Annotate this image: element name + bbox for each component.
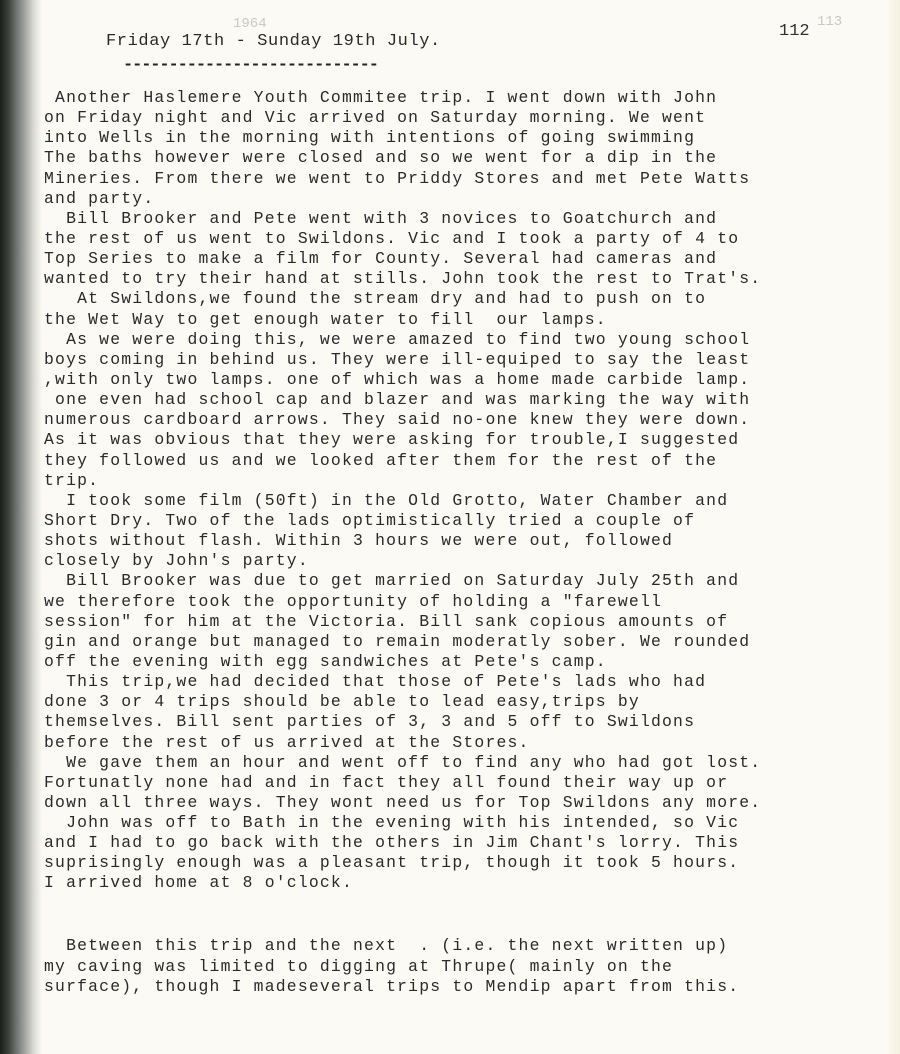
bleed-through-year: 1964 [233,16,267,32]
text-line: done 3 or 4 trips should be able to lead… [44,692,894,712]
page-number: 112 [779,22,810,41]
text-line: This trip,we had decided that those of P… [44,672,894,692]
text-line: I arrived home at 8 o'clock. [44,873,894,893]
text-line: and party. [44,189,894,209]
text-line: down all three ways. They wont need us f… [44,793,894,813]
text-line: Top Series to make a film for County. Se… [44,249,894,269]
text-line: one even had school cap and blazer and w… [44,390,894,410]
text-line: session" for him at the Victoria. Bill s… [44,612,894,632]
bleed-through-page-number: 113 [817,14,842,30]
scan-binding-shadow [0,0,42,1054]
text-line: surface), though I madeseveral trips to … [44,977,894,998]
text-line: Bill Brooker was due to get married on S… [44,571,894,591]
closing-paragraph: Between this trip and the next . (i.e. t… [44,936,894,998]
text-line: they followed us and we looked after the… [44,451,894,471]
heading-underline: ---------------------------- [123,56,378,75]
text-line: trip. [44,471,894,491]
text-line: gin and orange but managed to remain mod… [44,632,894,652]
text-line: John was off to Bath in the evening with… [44,813,894,833]
text-line: we therefore took the opportunity of hol… [44,592,894,612]
text-line: Mineries. From there we went to Priddy S… [44,169,894,189]
text-line: the rest of us went to Swildons. Vic and… [44,229,894,249]
text-line: my caving was limited to digging at Thru… [44,957,894,978]
text-line: before the rest of us arrived at the Sto… [44,733,894,753]
text-line: themselves. Bill sent parties of 3, 3 an… [44,712,894,732]
text-line: boys coming in behind us. They were ill-… [44,350,894,370]
text-line: on Friday night and Vic arrived on Satur… [44,108,894,128]
text-line: We gave them an hour and went off to fin… [44,753,894,773]
diary-body: Another Haslemere Youth Commitee trip. I… [44,88,894,894]
text-line: At Swildons,we found the stream dry and … [44,289,894,309]
text-line: The baths however were closed and so we … [44,148,894,168]
text-line: into Wells in the morning with intention… [44,128,894,148]
text-line: Between this trip and the next . (i.e. t… [44,936,894,957]
text-line: closely by John's party. [44,551,894,571]
text-line: Fortunatly none had and in fact they all… [44,773,894,793]
text-line: As it was obvious that they were asking … [44,430,894,450]
text-line: ,with only two lamps. one of which was a… [44,370,894,390]
text-line: I took some film (50ft) in the Old Grott… [44,491,894,511]
text-line: Short Dry. Two of the lads optimisticall… [44,511,894,531]
text-line: wanted to try their hand at stills. John… [44,269,894,289]
text-line: Bill Brooker and Pete went with 3 novice… [44,209,894,229]
text-line: off the evening with egg sandwiches at P… [44,652,894,672]
text-line: the Wet Way to get enough water to fill … [44,310,894,330]
text-line: and I had to go back with the others in … [44,833,894,853]
text-line: As we were doing this, we were amazed to… [44,330,894,350]
text-line: Another Haslemere Youth Commitee trip. I… [44,88,894,108]
text-line: shots without flash. Within 3 hours we w… [44,531,894,551]
text-line: suprisingly enough was a pleasant trip, … [44,853,894,873]
text-line: numerous cardboard arrows. They said no-… [44,410,894,430]
entry-heading: Friday 17th - Sunday 19th July. [106,32,441,51]
